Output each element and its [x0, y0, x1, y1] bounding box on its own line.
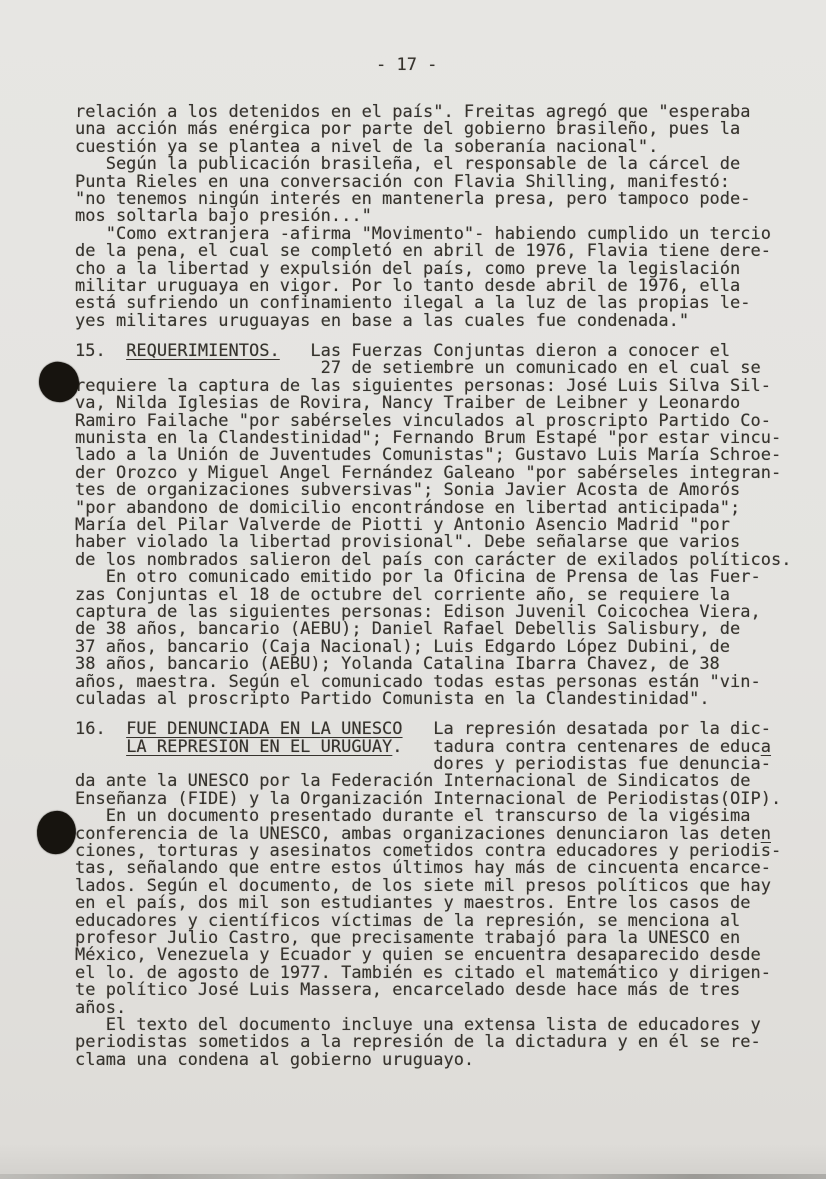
para-texto-final: El texto del documento incluye una exten… [75, 1017, 791, 1069]
text-line: Según la publicación brasileña, el respo… [75, 156, 791, 173]
para-freitas-quote: relación a los detenidos en el país". Fr… [75, 104, 791, 156]
scanned-document-page: - 17 - relación a los detenidos en el pa… [0, 0, 826, 1179]
para-movimento-quote: "Como extranjera -afirma "Movimento"- ha… [75, 226, 791, 330]
text-line: en el país, dos mil son estudiantes y ma… [75, 895, 791, 912]
text-line: clama una condena al gobierno uruguayo. [75, 1052, 791, 1069]
hole-punch-mark-2 [35, 809, 78, 856]
para-documento-unesco: En un documento presentado durante el tr… [75, 808, 791, 1017]
para-punta-rieles: Según la publicación brasileña, el respo… [75, 156, 791, 226]
text-line: de la pena, el cual se completó en abril… [75, 243, 791, 260]
text-line: culadas al proscripto Partido Comunista … [75, 691, 791, 708]
document-body: relación a los detenidos en el país". Fr… [75, 104, 791, 1069]
text-line: tes de organizaciones subversivas"; Soni… [75, 482, 791, 499]
para-segundo-comunicado: En otro comunicado emitido por la Oficin… [75, 569, 791, 708]
scan-bottom-edge [0, 1174, 826, 1179]
page-number: - 17 - [376, 55, 437, 75]
text-line: te político José Luis Massera, encarcela… [75, 982, 791, 999]
text-line: yes militares uruguayas en base a las cu… [75, 313, 791, 330]
section-16-unesco: 16. FUE DENUNCIADA EN LA UNESCO La repre… [75, 721, 791, 808]
text-line: 38 años, bancario (AEBU); Yolanda Catali… [75, 656, 791, 673]
text-line: En otro comunicado emitido por la Oficin… [75, 569, 791, 586]
section-15-requerimientos: 15. REQUERIMIENTOS. Las Fuerzas Conjunta… [75, 343, 791, 569]
